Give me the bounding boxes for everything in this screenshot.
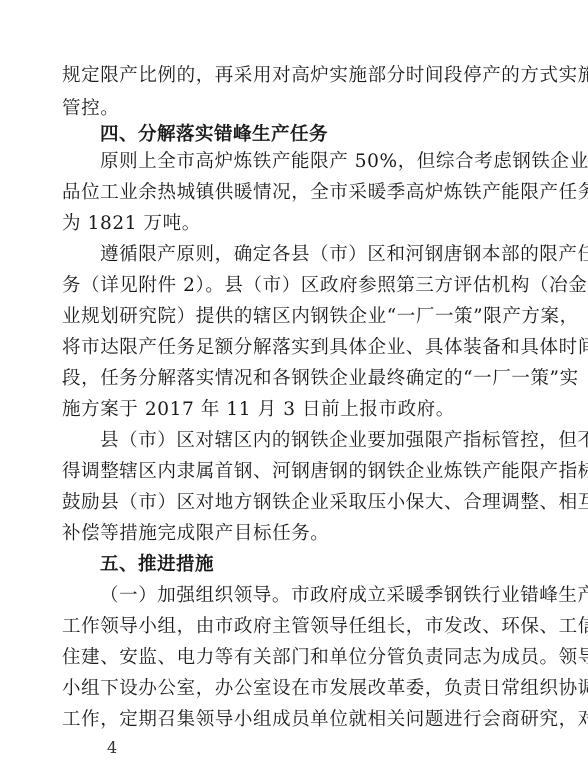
body-line: 鼓励县（市）区对地方钢铁企业采取压小保大、合理调整、相互 <box>62 491 588 515</box>
body-line: 务（详见附件 2）。县（市）区政府参照第三方评估机构（冶金工 <box>62 274 588 298</box>
body-line: 工作领导小组，由市政府主管领导任组长，市发改、环保、工信、 <box>62 615 588 639</box>
body-line: 得调整辖区内隶属首钢、河钢唐钢的钢铁企业炼铁产能限产指标。 <box>62 460 588 484</box>
body-line: 工作，定期召集领导小组成员单位就相关问题进行会商研究，对 <box>62 708 588 732</box>
body-line: 县（市）区对辖区内的钢铁企业要加强限产指标管控，但不 <box>100 429 588 453</box>
document-page: 规定限产比例的，再采用对高炉实施部分时间段停产的方式实施 管控。 四、分解落实错… <box>0 0 588 766</box>
body-line: 管控。 <box>62 97 119 121</box>
body-line: 段，任务分解落实情况和各钢铁企业最终确定的“一厂一策”实 <box>62 367 579 391</box>
body-line: 品位工业余热城镇供暖情况，全市采暖季高炉炼铁产能限产任务 <box>62 181 588 205</box>
section-heading-5: 五、推进措施 <box>100 553 214 577</box>
body-line: 业规划研究院）提供的辖区内钢铁企业“一厂一策”限产方案， <box>62 305 579 329</box>
body-line: 施方案于 2017 年 11 月 3 日前上报市政府。 <box>62 398 455 422</box>
body-line: （一）加强组织领导。市政府成立采暖季钢铁行业错峰生产 <box>100 584 588 608</box>
body-line: 补偿等措施完成限产目标任务。 <box>62 522 329 546</box>
body-line: 将市达限产任务足额分解落实到具体企业、具体装备和具体时间 <box>62 336 588 360</box>
body-line: 为 1821 万吨。 <box>62 212 201 236</box>
body-line: 原则上全市高炉炼铁产能限产 50%，但综合考虑钢铁企业低 <box>100 150 588 174</box>
body-line: 小组下设办公室，办公室设在市发展改革委，负责日常组织协调 <box>62 677 588 701</box>
body-line: 遵循限产原则，确定各县（市）区和河钢唐钢本部的限产任 <box>100 243 588 267</box>
subsection-heading: （一）加强组织领导。 <box>100 585 291 606</box>
page-number: 4 <box>107 738 117 758</box>
body-line: 住建、安监、电力等有关部门和单位分管负责同志为成员。领导 <box>62 646 588 670</box>
body-text: 市政府成立采暖季钢铁行业错峰生产 <box>291 585 588 606</box>
body-line: 规定限产比例的，再采用对高炉实施部分时间段停产的方式实施 <box>62 64 588 88</box>
section-heading-4: 四、分解落实错峰生产任务 <box>100 123 328 147</box>
